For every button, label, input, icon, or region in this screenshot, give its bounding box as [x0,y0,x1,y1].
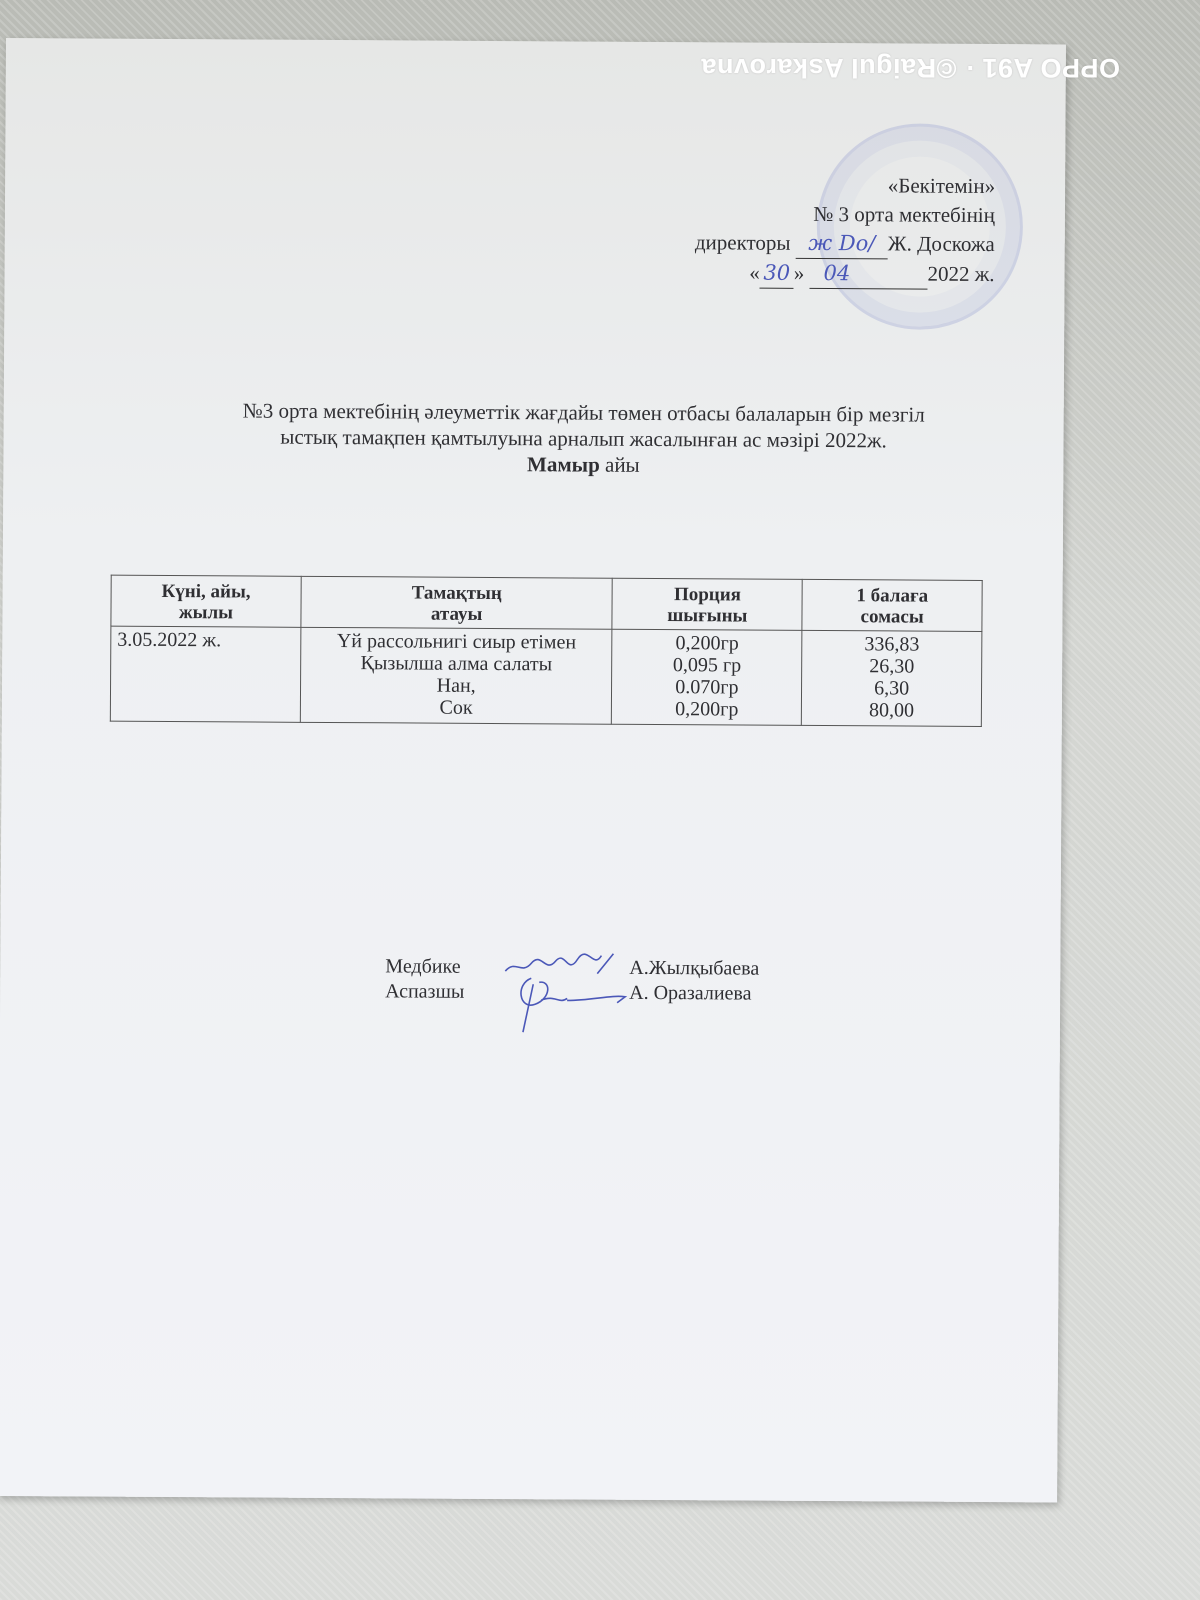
document-page: «Бекітемін» № 3 орта мектебінің директор… [0,38,1066,1502]
approval-block: «Бекітемін» № 3 орта мектебінің директор… [695,170,996,290]
header-cost: 1 балағасомасы [802,579,982,631]
approval-school: № 3 орта мектебінің [695,199,995,230]
director-signature: ж Do/ [796,229,888,260]
signature-block: Медбике А.Жылқыбаева Аспазшы А. Оразалие… [385,954,759,1006]
approval-date: «30» 042022 ж. [695,258,995,290]
approval-day: 30 [760,259,794,289]
cell-date: 3.05.2022 ж. [110,626,300,722]
table-header-row: Күні, айы,жылы Тамақтыңатауы Порцияшығын… [111,575,982,631]
approval-month: 04 [809,259,927,290]
cell-dishes: Үй рассольнигі сиыр етімен Қызылша алма … [300,627,612,724]
table-row: 3.05.2022 ж. Үй рассольнигі сиыр етімен … [110,626,982,726]
approval-director: директоры ж Do/Ж. Доскожа [695,228,995,260]
camera-watermark: OPPO A91 · ©Raigul Askarovna [701,52,1120,83]
cell-costs: 336,83 26,30 6,30 80,00 [802,630,982,726]
signature-cook: Аспазшы А. Оразалиева [385,979,759,1006]
cook-signature-mark [495,980,625,1006]
header-dish: Тамақтыңатауы [301,576,613,629]
cell-portions: 0,200гр 0,095 гр 0.070гр 0,200гр [612,629,802,725]
header-portion: Порцияшығыны [612,578,802,630]
document-title: №3 орта мектебінің әлеуметтік жағдайы тө… [113,397,1053,481]
title-month: Мамыр айы [113,449,1053,481]
menu-table: Күні, айы,жылы Тамақтыңатауы Порцияшығын… [110,575,983,727]
approval-heading: «Бекітемін» [695,170,995,201]
header-date: Күні, айы,жылы [111,575,301,627]
